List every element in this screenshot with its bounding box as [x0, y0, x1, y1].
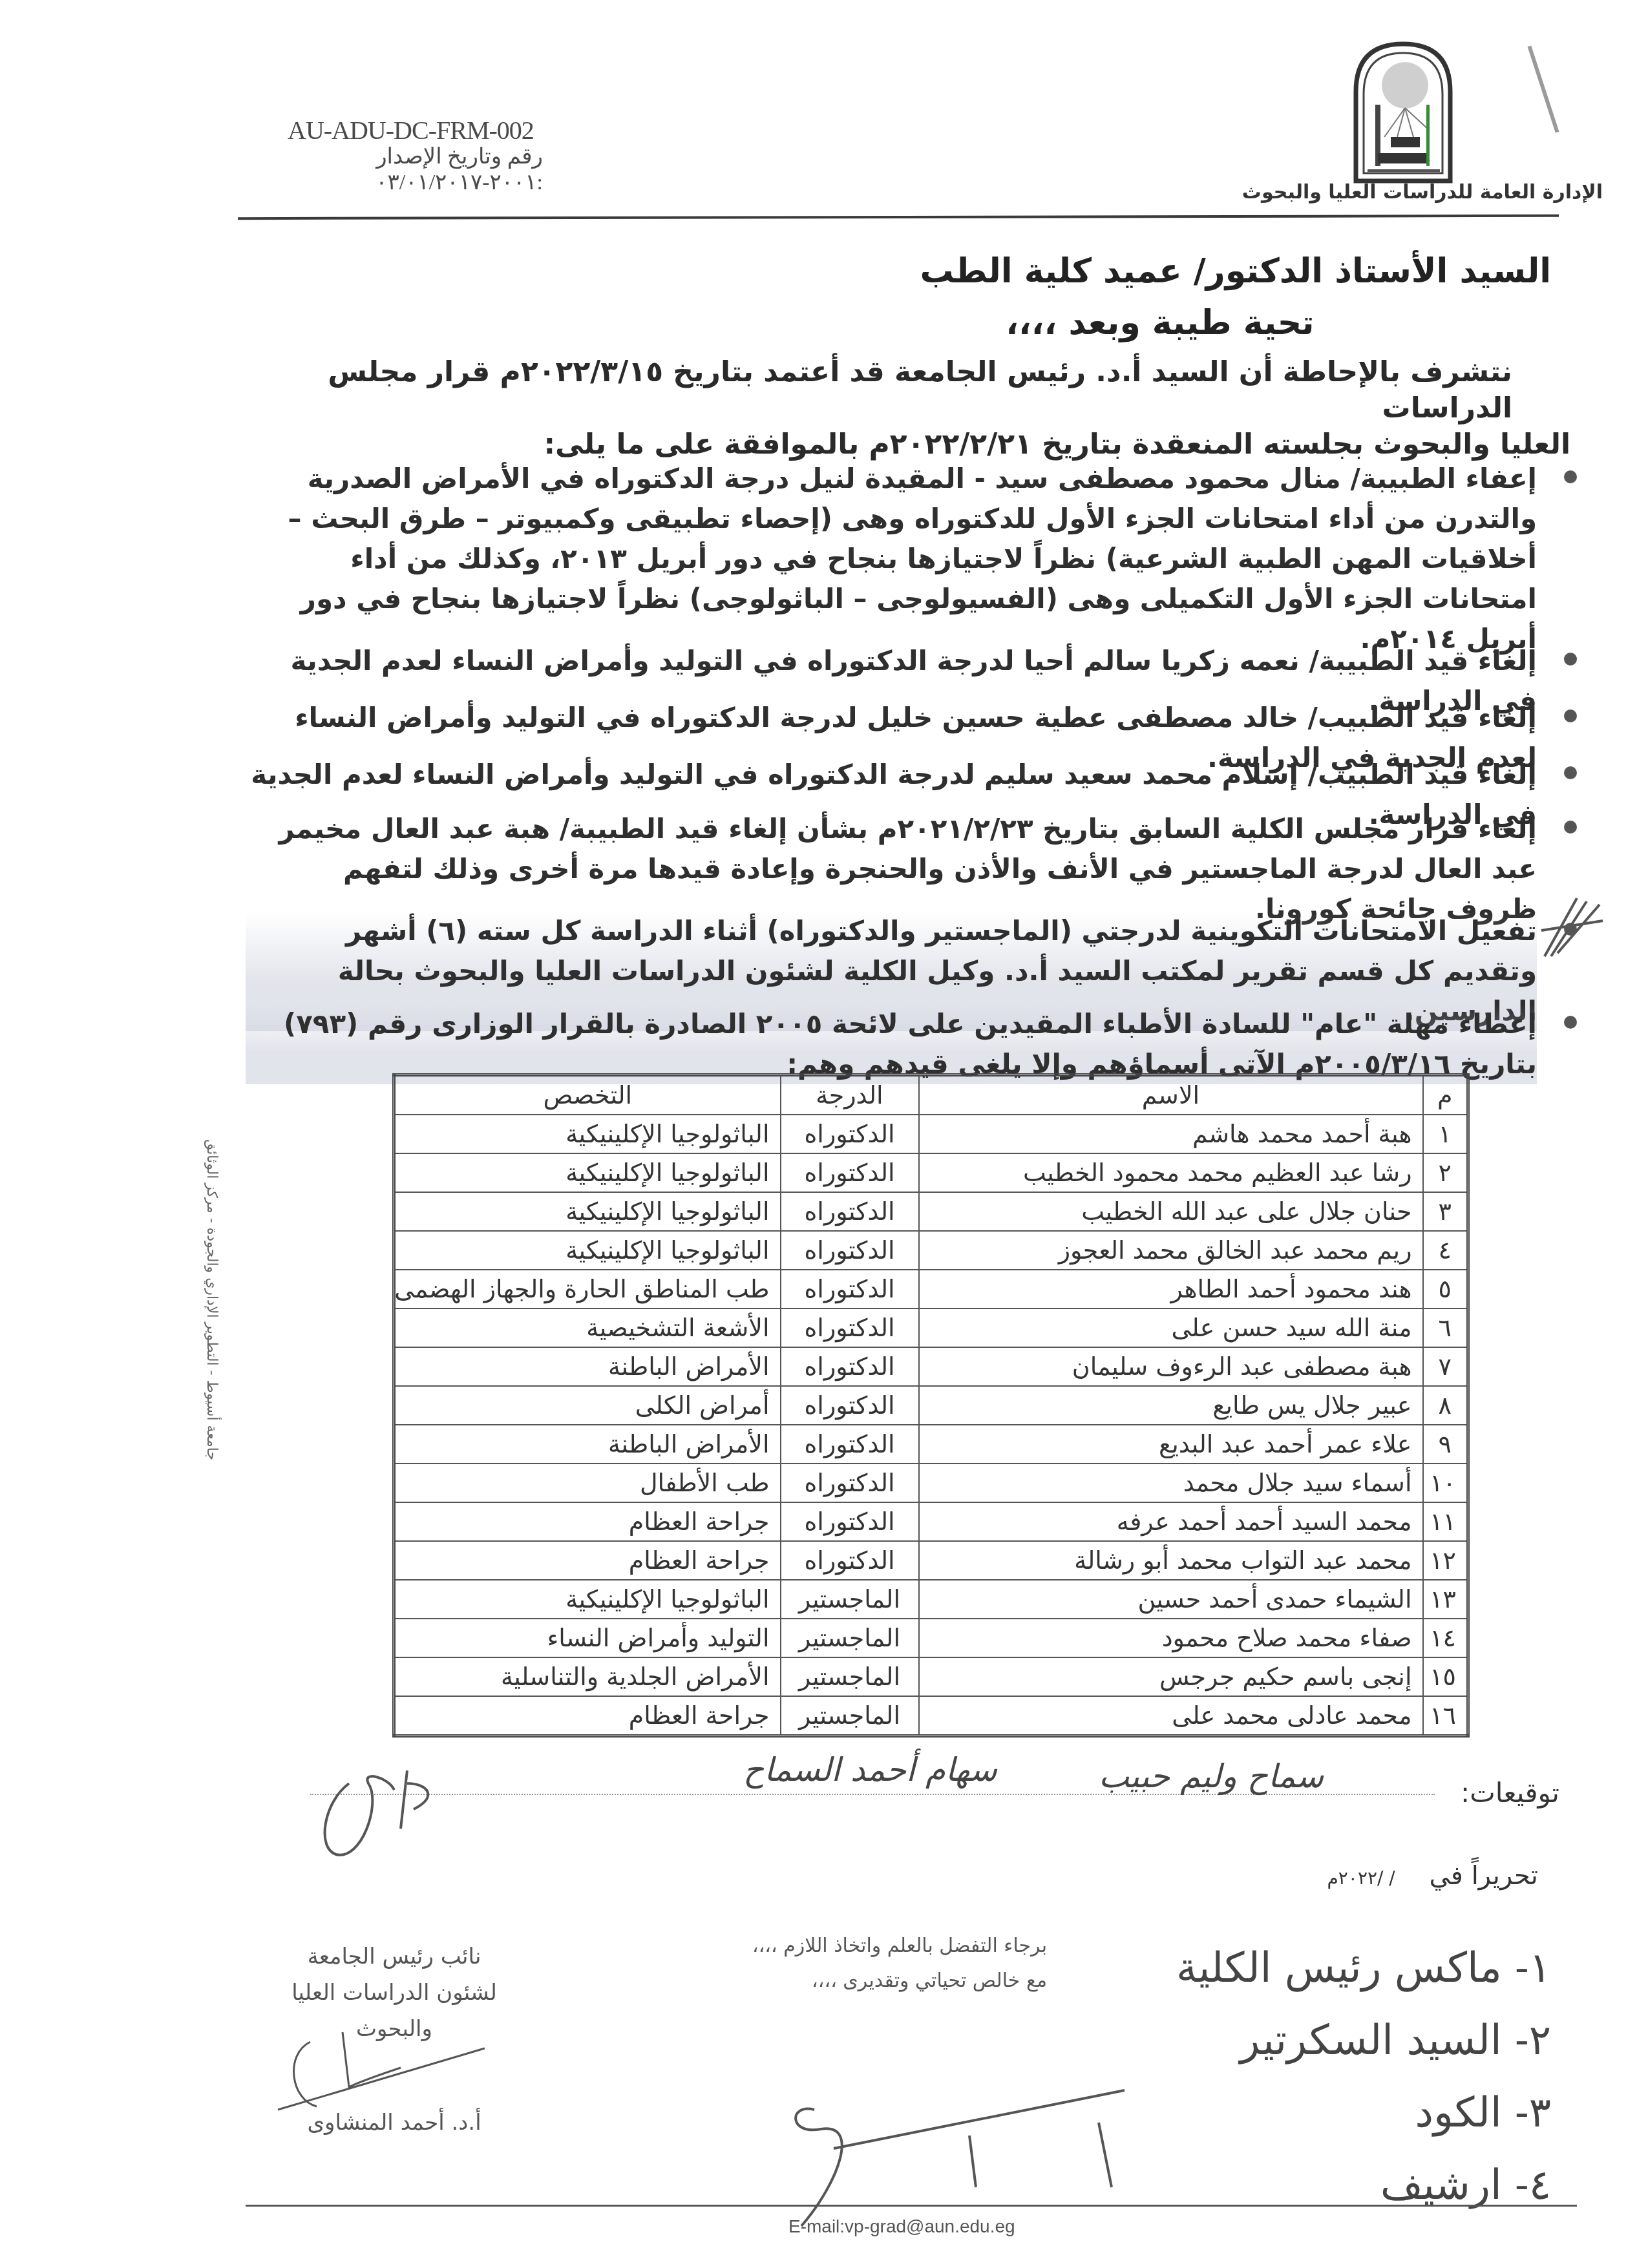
row-number-cell: ١٦: [1423, 1696, 1468, 1736]
degree-cell: الدكتوراه: [781, 1231, 919, 1270]
specialty-cell: الباثولوجيا الإكلينيكية: [394, 1153, 781, 1192]
degree-cell: الدكتوراه: [781, 1308, 919, 1347]
student-name-cell: منة الله سيد حسن على: [919, 1308, 1423, 1347]
intro-line-2: العليا والبحوث بجلسته المنعقدة بتاريخ ٢٠…: [239, 426, 1570, 463]
degree-cell: الدكتوراه: [781, 1347, 919, 1386]
closing-line-1: برجاء التفضل بالعلم واتخاذ اللازم ،،،،: [646, 1929, 1047, 1964]
degree-cell: الدكتوراه: [781, 1270, 919, 1308]
specialty-cell: الباثولوجيا الإكلينيكية: [394, 1580, 781, 1619]
form-code: AU-ADU-DC-FRM-002: [288, 115, 534, 145]
degree-cell: الماجستير: [781, 1580, 919, 1619]
table-row: ١٥إنجى باسم حكيم جرجسالماجستيرالأمراض ال…: [394, 1657, 1468, 1696]
bullet-icon: [1564, 821, 1577, 834]
vp-title-line-1: نائب رئيس الجامعة: [271, 1938, 517, 1975]
specialty-cell: الأمراض الباطنة: [394, 1425, 781, 1464]
table-row: ٧هبة مصطفى عبد الرءوف سليمانالدكتوراهالأ…: [394, 1347, 1468, 1386]
degree-cell: الدكتوراه: [781, 1425, 919, 1464]
degree-cell: الماجستير: [781, 1619, 919, 1657]
table-row: ٩علاء عمر أحمد عبد البديعالدكتوراهالأمرا…: [394, 1425, 1468, 1464]
table-header-row: م الاسم الدرجة التخصص: [394, 1075, 1468, 1115]
student-name-cell: الشيماء حمدى أحمد حسين: [919, 1580, 1423, 1619]
degree-cell: الدكتوراه: [781, 1502, 919, 1541]
student-name-cell: محمد عبد التواب محمد أبو رشالة: [919, 1541, 1423, 1580]
header-divider: [238, 215, 1559, 220]
closing-remarks: برجاء التفضل بالعلم واتخاذ اللازم ،،،، م…: [646, 1929, 1047, 1999]
footer-divider: [246, 2205, 1577, 2207]
specialty-cell: طب المناطق الحارة والجهاز الهضمى: [394, 1270, 781, 1308]
handwritten-signature: سماح وليم حبيب: [1099, 1758, 1324, 1795]
row-number-cell: ١٤: [1423, 1619, 1468, 1657]
table-row: ١١محمد السيد أحمد أحمد عرفهالدكتوراهجراح…: [394, 1502, 1468, 1541]
table-row: ١٣الشيماء حمدى أحمد حسينالماجستيرالباثول…: [394, 1580, 1468, 1619]
row-number-cell: ٧: [1423, 1347, 1468, 1386]
decision-item: إعفاء الطبيبة/ منال محمود مصطفى سيد - ال…: [246, 459, 1577, 659]
specialty-cell: جراحة العظام: [394, 1502, 781, 1541]
table-row: ٤ريم محمد عبد الخالق محمد العجوزالدكتورا…: [394, 1231, 1468, 1270]
salutation: السيد الأستاذ الدكتور/ عميد كلية الطب: [905, 252, 1551, 291]
intro-paragraph: نتشرف بالإحاطة أن السيد أ.د. رئيس الجامع…: [239, 354, 1570, 463]
degree-cell: الدكتوراه: [781, 1153, 919, 1192]
signatures-label: توقيعات:: [1461, 1777, 1559, 1809]
table-row: ١٦محمد عادلى محمد علىالماجستيرجراحة العظ…: [394, 1696, 1468, 1736]
footer-email: E-mail:vp-grad@aun.edu.eg: [788, 2216, 1015, 2237]
handwritten-scrawl: [763, 2084, 1228, 2232]
bullet-icon: [1564, 1016, 1577, 1029]
department-name: الإدارة العامة للدراسات العليا والبحوث: [1112, 181, 1603, 204]
student-name-cell: محمد السيد أحمد أحمد عرفه: [919, 1502, 1423, 1541]
greeting: تحية طيبة وبعد ،،،،: [776, 304, 1616, 342]
row-number-cell: ١: [1423, 1115, 1468, 1153]
student-name-cell: رشا عبد العظيم محمد محمود الخطيب: [919, 1153, 1423, 1192]
row-number-cell: ٤: [1423, 1231, 1468, 1270]
student-name-cell: هبة مصطفى عبد الرءوف سليمان: [919, 1347, 1423, 1386]
university-arch-logo-icon: [1352, 40, 1454, 184]
table-row: ٦منة الله سيد حسن علىالدكتوراهالأشعة الت…: [394, 1308, 1468, 1347]
degree-cell: الدكتوراه: [781, 1464, 919, 1502]
student-name-cell: هند محمود أحمد الطاهر: [919, 1270, 1423, 1308]
specialty-cell: طب الأطفال: [394, 1464, 781, 1502]
specialty-cell: الأشعة التشخيصية: [394, 1308, 781, 1347]
row-number-cell: ٩: [1423, 1425, 1468, 1464]
student-name-cell: محمد عادلى محمد على: [919, 1696, 1423, 1736]
decision-text: إعفاء الطبيبة/ منال محمود مصطفى سيد - ال…: [246, 459, 1537, 659]
degree-cell: الدكتوراه: [781, 1192, 919, 1231]
issue-number-date: رقم وتاريخ الإصدار :٢٠٠١-٠٣/٠١/٢٠١٧: [239, 143, 543, 195]
row-number-cell: ١٢: [1423, 1541, 1468, 1580]
student-name-cell: صفاء محمد صلاح محمود: [919, 1619, 1423, 1657]
handwritten-signature-scribble: [310, 1764, 465, 1861]
column-header-number: م: [1423, 1075, 1468, 1115]
table-row: ١٠أسماء سيد جلال محمدالدكتوراهطب الأطفال: [394, 1464, 1468, 1502]
table-row: ٨عبير جلال يس طايعالدكتوراهأمراض الكلى: [394, 1386, 1468, 1425]
dated-value: / /٢٠٢٢م: [1327, 1867, 1395, 1889]
dated-line: تحريراً في / /٢٠٢٢م: [1150, 1861, 1538, 1891]
student-name-cell: إنجى باسم حكيم جرجس: [919, 1657, 1423, 1696]
vice-president-signature: [271, 2029, 491, 2113]
student-name-cell: هبة أحمد محمد هاشم: [919, 1115, 1423, 1153]
row-number-cell: ١١: [1423, 1502, 1468, 1541]
row-number-cell: ٨: [1423, 1386, 1468, 1425]
degree-cell: الدكتوراه: [781, 1541, 919, 1580]
bullet-icon: [1564, 709, 1577, 722]
margin-note: جامعة أسيوط - التطوير الإداري والجودة - …: [204, 1008, 220, 1460]
bullet-icon: [1564, 470, 1577, 483]
degree-cell: الماجستير: [781, 1696, 919, 1736]
specialty-cell: الأمراض الجلدية والتناسلية: [394, 1657, 781, 1696]
degree-cell: الدكتوراه: [781, 1115, 919, 1153]
column-header-specialty: التخصص: [394, 1075, 781, 1115]
closing-line-2: مع خالص تحياتي وتقديرى ،،،،: [646, 1964, 1047, 1999]
handwritten-item: ٢- السيد السكرتير: [1099, 2004, 1551, 2077]
dated-label: تحريراً في: [1429, 1861, 1538, 1891]
vice-president-name: أ.د. أحمد المنشاوى: [291, 2110, 498, 2136]
specialty-cell: التوليد وأمراض النساء: [394, 1619, 781, 1657]
degree-cell: الدكتوراه: [781, 1386, 919, 1425]
student-name-cell: أسماء سيد جلال محمد: [919, 1464, 1423, 1502]
specialty-cell: جراحة العظام: [394, 1696, 781, 1736]
decision-item-highlighted: إعطاء مهلة "عام" للسادة الأطباء المقيدين…: [246, 1004, 1577, 1084]
handwritten-item: ١- ماكس رئيس الكلية: [1099, 1932, 1551, 2004]
scan-mark: [1528, 45, 1559, 132]
student-name-cell: حنان جلال على عبد الله الخطيب: [919, 1192, 1423, 1231]
table-row: ١هبة أحمد محمد هاشمالدكتوراهالباثولوجيا …: [394, 1115, 1468, 1153]
student-name-cell: عبير جلال يس طايع: [919, 1386, 1423, 1425]
table-row: ٢رشا عبد العظيم محمد محمود الخطيبالدكتور…: [394, 1153, 1468, 1192]
row-number-cell: ٣: [1423, 1192, 1468, 1231]
intro-line-1: نتشرف بالإحاطة أن السيد أ.د. رئيس الجامع…: [239, 354, 1570, 426]
specialty-cell: جراحة العظام: [394, 1541, 781, 1580]
handwritten-check-mark-icon: [1538, 892, 1609, 963]
specialty-cell: الباثولوجيا الإكلينيكية: [394, 1115, 781, 1153]
specialty-cell: الباثولوجيا الإكلينيكية: [394, 1192, 781, 1231]
student-name-cell: ريم محمد عبد الخالق محمد العجوز: [919, 1231, 1423, 1270]
row-number-cell: ١٠: [1423, 1464, 1468, 1502]
specialty-cell: الأمراض الباطنة: [394, 1347, 781, 1386]
row-number-cell: ٥: [1423, 1270, 1468, 1308]
table-row: ١٤صفاء محمد صلاح محمودالماجستيرالتوليد و…: [394, 1619, 1468, 1657]
table-row: ٣حنان جلال على عبد الله الخطيبالدكتوراها…: [394, 1192, 1468, 1231]
column-header-name: الاسم: [919, 1075, 1423, 1115]
table-row: ٥هند محمود أحمد الطاهرالدكتوراهطب المناط…: [394, 1270, 1468, 1308]
decision-text: إعطاء مهلة "عام" للسادة الأطباء المقيدين…: [246, 1004, 1537, 1084]
table-row: ١٢محمد عبد التواب محمد أبو رشالةالدكتورا…: [394, 1541, 1468, 1580]
specialty-cell: أمراض الكلى: [394, 1386, 781, 1425]
bullet-icon: [1564, 653, 1577, 666]
row-number-cell: ٢: [1423, 1153, 1468, 1192]
bullet-icon: [1564, 766, 1577, 779]
degree-cell: الماجستير: [781, 1657, 919, 1696]
student-name-cell: علاء عمر أحمد عبد البديع: [919, 1425, 1423, 1464]
row-number-cell: ١٣: [1423, 1580, 1468, 1619]
specialty-cell: الباثولوجيا الإكلينيكية: [394, 1231, 781, 1270]
column-header-degree: الدرجة: [781, 1075, 919, 1115]
row-number-cell: ١٥: [1423, 1657, 1468, 1696]
students-table: م الاسم الدرجة التخصص ١هبة أحمد محمد هاش…: [392, 1073, 1470, 1738]
row-number-cell: ٦: [1423, 1308, 1468, 1347]
handwritten-signature: سهام أحمد السماح: [743, 1751, 997, 1789]
